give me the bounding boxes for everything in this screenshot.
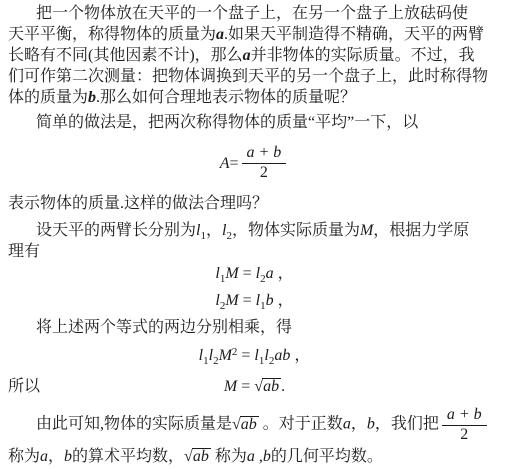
equation-product: l1l2M2 = l1l2ab ， [8,344,501,368]
para6-line1: 由此可知,物体的实际质量是√ab 。对于正数a，b，我们把a + b2 [8,406,501,444]
equation-lever-1: l1M = l2a ， [8,262,501,286]
para4-line2: 理有 [8,241,501,262]
textbook-page: 把一个物体放在天平的一个盘子上，在另一个盘子上放砝码使 天平平衡，称得物体的质量… [0,0,505,470]
para1-line3: 长略有不同(其他因素不计)，那么a并非物体的实际质量。不过，我 [8,45,501,66]
para4-line1: 设天平的两臂长分别为l1，l2，物体实际质量为M，根据力学原 [8,220,501,241]
para1-line2: 天平平衡，称得物体的质量为a.如果天平制造得不精确，天平的两臂 [8,24,501,45]
conclusion-row: 所以 M = √ab. [8,376,501,398]
para1-line5: 体的质量为b.那么如何合理地表示物体的质量呢？ [8,87,501,108]
fraction: a + b2 [242,144,287,182]
para1-line1: 把一个物体放在天平的一个盘子上，在另一个盘子上放砝码使 [8,3,501,24]
para5-line1: 将上述两个等式的两边分别相乘，得 [8,317,501,338]
para2-line1: 简单的做法是，把两次称得物体的质量“平均”一下，以 [8,112,501,133]
equation-geometric-mean: M = √ab. [224,378,285,395]
para3-line1: 表示物体的质量.这样的做法合理吗？ [8,193,501,214]
square-root: √ab [184,446,211,467]
square-root: √ab [254,376,281,398]
fraction: a + b2 [442,406,487,444]
square-root: √ab [232,407,259,443]
para1-line4: 们可作第二次测量：把物体调换到天平的另一个盘子上，此时称得物 [8,66,501,87]
equation-lever-2: l2M = l1b ， [8,289,501,313]
suoyi-label: 所以 [8,376,40,398]
formula-arithmetic-mean: A = a + b2 [8,139,501,187]
para6-line2: 称为a，b的算术平均数，√ab 称为a ,b的几何平均数。 [8,446,501,467]
